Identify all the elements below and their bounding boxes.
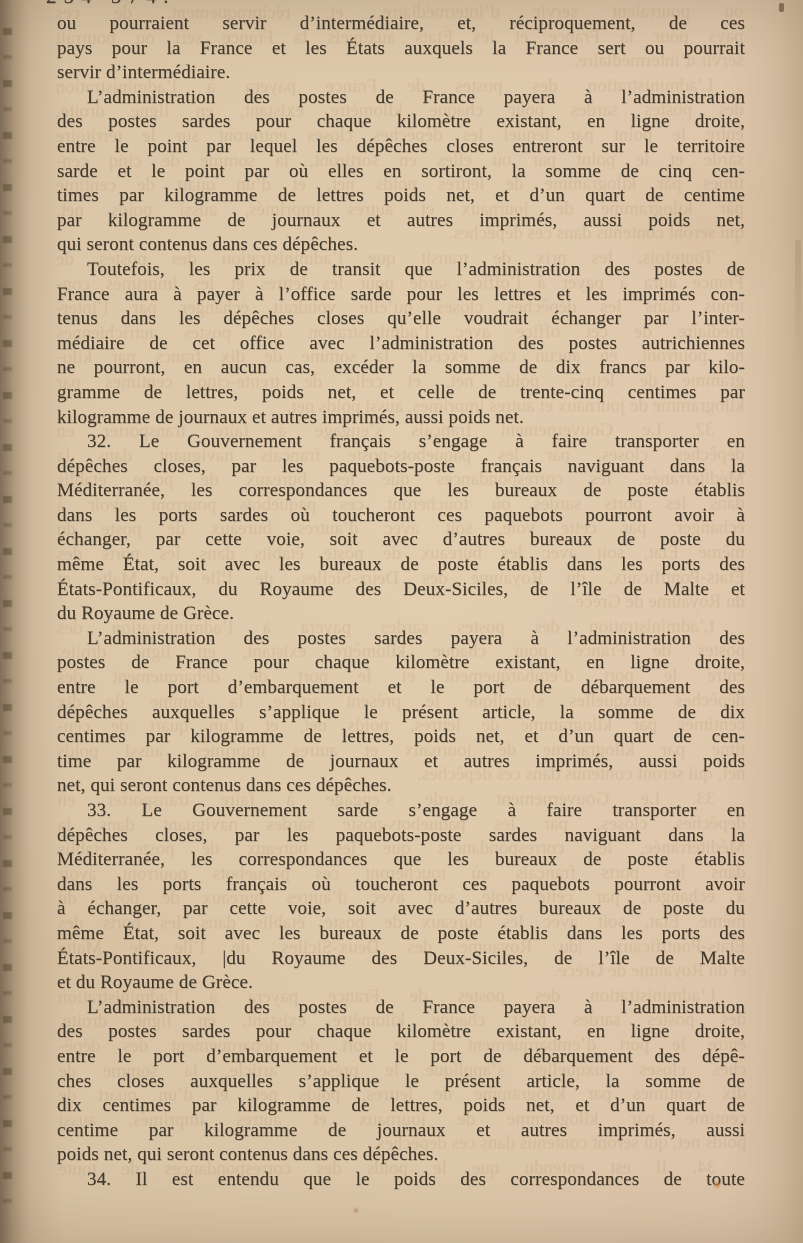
text-line: L’administration des postes de France pa… bbox=[57, 86, 745, 111]
text-line: dix centimes par kilogramme de lettres, … bbox=[57, 1094, 745, 1119]
text-line: time par kilogramme de journaux et autre… bbox=[57, 750, 745, 775]
text-line: Méditerranée, les correspondances que le… bbox=[57, 479, 745, 504]
text-line: net, qui seront contenus dans ces dépêch… bbox=[57, 774, 745, 799]
text-line: France aura à payer à l’office sarde pou… bbox=[57, 283, 745, 308]
text-line: échanger, par cette voie, soit avec d’au… bbox=[57, 528, 745, 553]
text-line: 33. Le Gouvernement sarde s’engage à fai… bbox=[57, 799, 745, 824]
text-line: L’administration des postes sardes payer… bbox=[57, 627, 745, 652]
text-line: même État, soit avec les bureaux de post… bbox=[57, 553, 745, 578]
text-line: ou pourraient servir d’intermédiaire, et… bbox=[57, 12, 745, 37]
text-line: sarde et le point par où elles en sortir… bbox=[57, 160, 745, 185]
text-line: dépêches closes, par les paquebots-poste… bbox=[57, 455, 745, 480]
edge-stain bbox=[795, 240, 801, 360]
text-line: qui seront contenus dans ces dépêches. bbox=[57, 233, 745, 258]
text-line: kilogramme de journaux et autres imprimé… bbox=[57, 406, 745, 431]
text-line: dans les ports sardes où toucheront ces … bbox=[57, 504, 745, 529]
text-line: times par kilogramme de lettres poids ne… bbox=[57, 184, 745, 209]
text-line: centimes par kilogramme de lettres, poid… bbox=[57, 725, 745, 750]
text-line: par kilogramme de journaux et autres imp… bbox=[57, 209, 745, 234]
text-line: tenus dans les dépêches closes qu’elle v… bbox=[57, 307, 745, 332]
text-line: ne pourront, en aucun cas, excéder la so… bbox=[57, 356, 745, 381]
text-line: des postes sardes pour chaque kilomètre … bbox=[57, 110, 745, 135]
text-line: États-Pontificaux, |du Royaume des Deux-… bbox=[57, 947, 745, 972]
text-line: et du Royaume de Grèce. bbox=[57, 971, 745, 996]
text-line: dépêches auxquelles s’applique le présen… bbox=[57, 701, 745, 726]
text-line: même État, soit avec les bureaux de post… bbox=[57, 922, 745, 947]
text-line: postes de France pour chaque kilomètre e… bbox=[57, 651, 745, 676]
scanned-book-page: ou pourraient servir d’intermédiaire, et… bbox=[0, 0, 803, 1243]
text-line: à échanger, par cette voie, soit avec d’… bbox=[57, 897, 745, 922]
text-line: médiaire de cet office avec l’administra… bbox=[57, 332, 745, 357]
text-line: L’administration des postes de France pa… bbox=[57, 996, 745, 1021]
text-line: centime par kilogramme de journaux et au… bbox=[57, 1119, 745, 1144]
text-line: entre le port d’embarquement et le port … bbox=[57, 1045, 745, 1070]
text-line: Toutefois, les prix de transit que l’adm… bbox=[57, 258, 745, 283]
text-line: ches closes auxquelles s’applique le pré… bbox=[57, 1070, 745, 1095]
text-line: Méditerranée, les correspondances que le… bbox=[57, 848, 745, 873]
foxing-spot bbox=[352, 1207, 360, 1214]
text-line: dépêches closes, par les paquebots-poste… bbox=[57, 824, 745, 849]
text-line: du Royaume de Grèce. bbox=[57, 602, 745, 627]
text-line: des postes sardes pour chaque kilomètre … bbox=[57, 1020, 745, 1045]
text-line: 34. Il est entendu que le poids des corr… bbox=[57, 1168, 745, 1193]
text-line: entre le point par lequel les dépêches c… bbox=[57, 135, 745, 160]
edge-ink-speck bbox=[779, 3, 784, 12]
text-line: servir d’intermédiaire. bbox=[57, 61, 745, 86]
text-line: poids net, qui seront contenus dans ces … bbox=[57, 1143, 745, 1168]
text-line: dans les ports français où toucheront ce… bbox=[57, 873, 745, 898]
text-line: entre le port d’embarquement et le port … bbox=[57, 676, 745, 701]
gutter-ink-marks bbox=[3, 28, 12, 1203]
page-text-block: ou pourraient servir d’intermédiaire, et… bbox=[57, 12, 745, 1193]
page-header-fragment: 254 574. bbox=[46, 0, 176, 9]
text-line: gramme de lettres, poids net, et celle d… bbox=[57, 381, 745, 406]
text-line: États-Pontificaux, du Royaume des Deux-S… bbox=[57, 578, 745, 603]
text-line: 32. Le Gouvernement français s’engage à … bbox=[57, 430, 745, 455]
text-line: pays pour la France et les États auxquel… bbox=[57, 37, 745, 62]
